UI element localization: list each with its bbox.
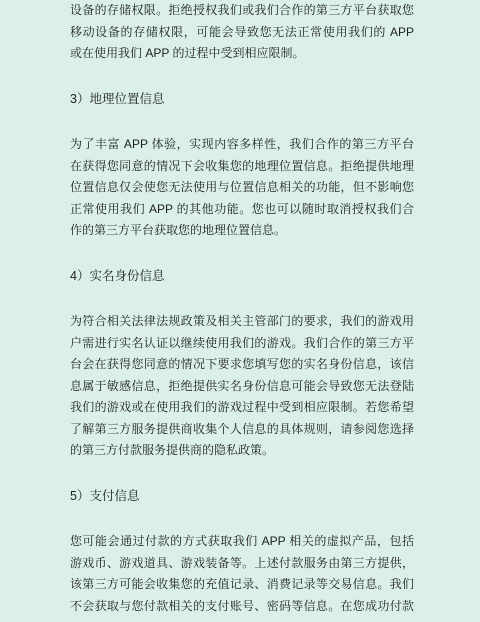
paragraph-real-name-identity: 为符合相关法律法规政策及相关主管部门的要求，我们的游戏用 户需进行实名认证以继续… (70, 311, 414, 462)
paragraph-line: 了解第三方服务提供商收集个人信息的具体规则，请参阅您选择 (70, 419, 414, 441)
paragraph-line: 设备的存储权限。拒绝授权我们或我们合作的第三方平台获取您 (70, 0, 414, 22)
section-heading-geolocation: 3）地理位置信息 (70, 89, 414, 111)
paragraph-line: 位置信息仅会使您无法使用与位置信息相关的功能，但不影响您 (70, 177, 414, 199)
paragraph-geolocation: 为了丰富 APP 体验，实现内容多样性，我们合作的第三方平台 在获得您同意的情况… (70, 134, 414, 242)
privacy-policy-page: 设备的存储权限。拒绝授权我们或我们合作的第三方平台获取您 移动设备的存储权限，可… (0, 0, 480, 617)
paragraph-line: 在获得您同意的情况下会收集您的地理位置信息。拒绝提供地理 (70, 156, 414, 178)
paragraph-line: 移动设备的存储权限，可能会导致您无法正常使用我们的 APP (70, 22, 414, 44)
paragraph-line: 作的第三方平台获取您的地理位置信息。 (70, 220, 414, 242)
paragraph-line: 或在使用我们 APP 的过程中受到相应限制。 (70, 43, 414, 65)
paragraph-line: 您可能会通过付款的方式获取我们 APP 相关的虚拟产品，包括 (70, 531, 414, 553)
paragraph-line: 户需进行实名认证以继续使用我们的游戏。我们合作的第三方平 (70, 333, 414, 355)
paragraph-line: 为符合相关法律法规政策及相关主管部门的要求，我们的游戏用 (70, 311, 414, 333)
paragraph-line: 台会在获得您同意的情况下要求您填写您的实名身份信息，该信 (70, 354, 414, 376)
section-heading-payment-info: 5）支付信息 (70, 486, 414, 508)
paragraph-line: 正常使用我们 APP 的其他功能。您也可以随时取消授权我们合 (70, 199, 414, 221)
section-heading-real-name-identity: 4）实名身份信息 (70, 266, 414, 288)
paragraph-line: 不会获取与您付款相关的支付账号、密码等信息。在您成功付款 (70, 596, 414, 618)
paragraph-line: 息属于敏感信息，拒绝提供实名身份信息可能会导致您无法登陆 (70, 376, 414, 398)
paragraph-line: 我们的游戏或在使用我们的游戏过程中受到相应限制。若您希望 (70, 397, 414, 419)
paragraph-storage-permission: 设备的存储权限。拒绝授权我们或我们合作的第三方平台获取您 移动设备的存储权限，可… (70, 0, 414, 65)
paragraph-line: 游戏币、游戏道具、游戏装备等。上述付款服务由第三方提供， (70, 553, 414, 575)
paragraph-line: 为了丰富 APP 体验，实现内容多样性，我们合作的第三方平台 (70, 134, 414, 156)
paragraph-payment-info: 您可能会通过付款的方式获取我们 APP 相关的虚拟产品，包括 游戏币、游戏道具、… (70, 531, 414, 617)
paragraph-line: 的第三方付款服务提供商的隐私政策。 (70, 440, 414, 462)
paragraph-line: 该第三方可能会收集您的充值记录、消费记录等交易信息。我们 (70, 574, 414, 596)
